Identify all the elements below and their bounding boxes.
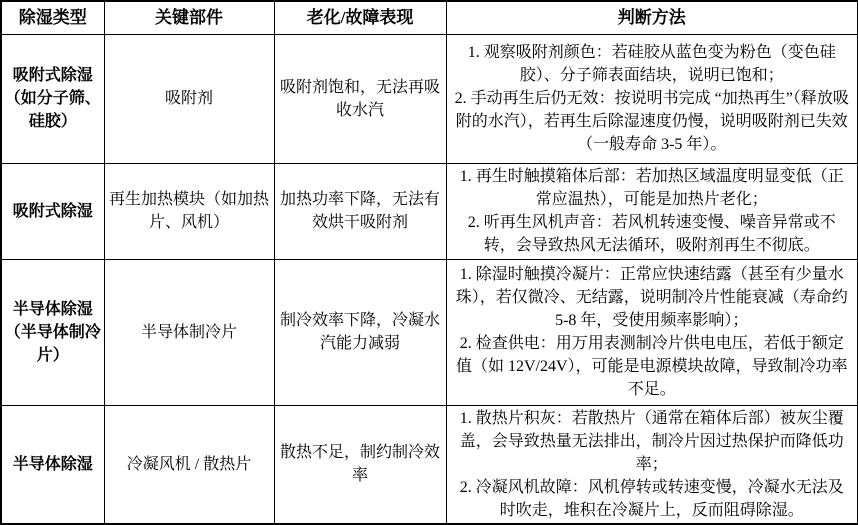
cell-type: 吸附式除湿（如分子筛、硅胶） [1,34,104,163]
method-item: 1. 除湿时触摸冷凝片：正常应快速结露（甚至有少量水珠），若仅微冷、无结露，说明… [453,263,852,332]
cell-component: 再生加热模块（如加热片、风机） [104,163,274,259]
method-item: 1. 观察吸附剂颜色：若硅胶从蓝色变为粉色（变色硅胶）、分子筛表面结块，说明已饱… [453,41,852,87]
cell-failure: 散热不足，制约制冷效率 [274,405,446,524]
table-row-adsorption-heater: 吸附式除湿 再生加热模块（如加热片、风机） 加热功率下降，无法有效烘干吸附剂 1… [1,163,858,259]
column-header-judgment-method: 判断方法 [446,1,858,34]
dehumidifier-fault-table: 除湿类型 关键部件 老化/故障表现 判断方法 吸附式除湿（如分子筛、硅胶） 吸附… [0,0,858,525]
cell-methods: 1. 再生时触摸箱体后部：若加热区域温度明显变低（正常应温热），可能是加热片老化… [446,163,858,259]
cell-methods: 1. 散热片积灰：若散热片（通常在箱体后部）被灰尘覆盖，会导致热量无法排出，制冷… [446,405,858,524]
table-row-adsorption-desiccant: 吸附式除湿（如分子筛、硅胶） 吸附剂 吸附剂饱和，无法再吸收水汽 1. 观察吸附… [1,34,858,163]
column-header-dehumidification-type: 除湿类型 [1,1,104,34]
cell-component: 冷凝风机 / 散热片 [104,405,274,524]
column-header-failure-symptom: 老化/故障表现 [274,1,446,34]
cell-failure: 吸附剂饱和，无法再吸收水汽 [274,34,446,163]
cell-type: 半导体除湿 [1,405,104,524]
table-header-row: 除湿类型 关键部件 老化/故障表现 判断方法 [1,1,858,34]
cell-component: 半导体制冷片 [104,259,274,405]
cell-methods: 1. 除湿时触摸冷凝片：正常应快速结露（甚至有少量水珠），若仅微冷、无结露，说明… [446,259,858,405]
table-row-semiconductor-peltier: 半导体除湿（半导体制冷片） 半导体制冷片 制冷效率下降，冷凝水汽能力减弱 1. … [1,259,858,405]
method-item: 1. 散热片积灰：若散热片（通常在箱体后部）被灰尘覆盖，会导致热量无法排出，制冷… [453,407,852,476]
cell-failure: 制冷效率下降，冷凝水汽能力减弱 [274,259,446,405]
cell-failure: 加热功率下降，无法有效烘干吸附剂 [274,163,446,259]
method-item: 2. 听再生风机声音：若风机转速变慢、噪音异常或不转，会导致热风无法循环，吸附剂… [453,211,852,257]
method-item: 2. 检查供电：用万用表测制冷片供电电压，若低于额定值（如 12V/24V），可… [453,332,852,401]
cell-type: 吸附式除湿 [1,163,104,259]
column-header-key-component: 关键部件 [104,1,274,34]
method-item: 1. 再生时触摸箱体后部：若加热区域温度明显变低（正常应温热），可能是加热片老化… [453,165,852,211]
method-item: 2. 冷凝风机故障：风机停转或转速变慢，冷凝水无法及时吹走，堆积在冷凝片上，反而… [453,476,852,522]
table-row-semiconductor-fan-heatsink: 半导体除湿 冷凝风机 / 散热片 散热不足，制约制冷效率 1. 散热片积灰：若散… [1,405,858,524]
method-item: 2. 手动再生后仍无效：按说明书完成 “加热再生”（释放吸附的水汽），若再生后除… [453,87,852,156]
cell-type: 半导体除湿（半导体制冷片） [1,259,104,405]
cell-component: 吸附剂 [104,34,274,163]
cell-methods: 1. 观察吸附剂颜色：若硅胶从蓝色变为粉色（变色硅胶）、分子筛表面结块，说明已饱… [446,34,858,163]
